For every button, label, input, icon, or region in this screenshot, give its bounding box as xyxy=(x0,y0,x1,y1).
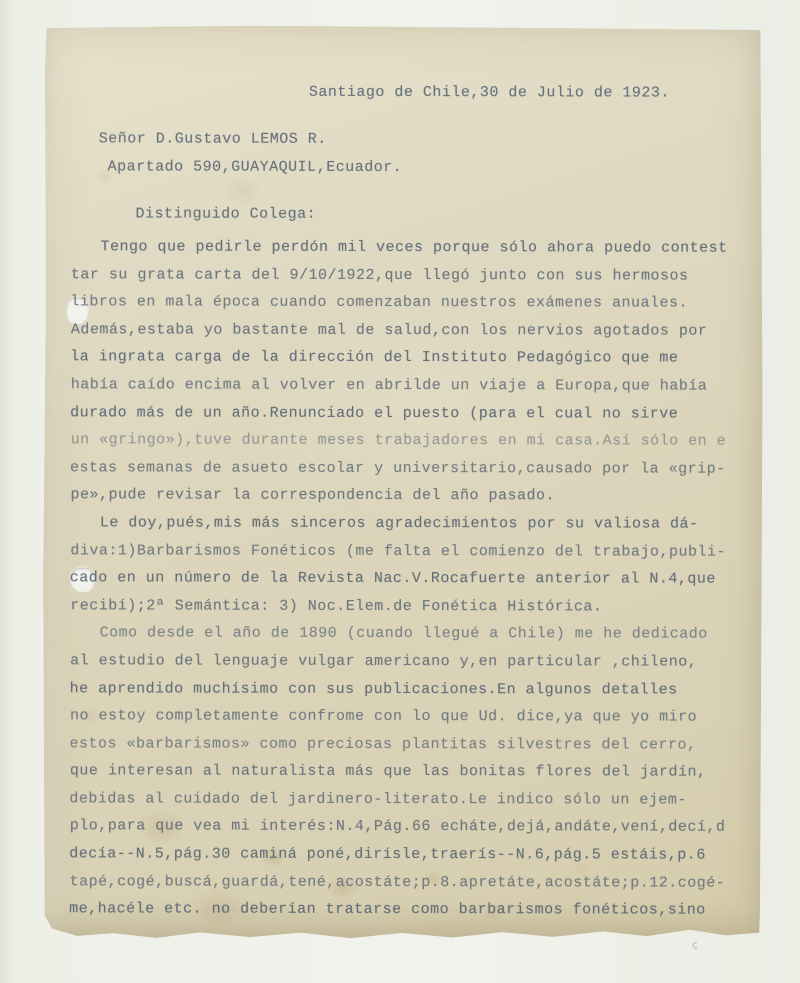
letter-line: estas semanas de asueto escolar y univer… xyxy=(70,454,762,483)
letter-line: pe»,pude revisar la correspondencia del … xyxy=(70,482,762,511)
dateline: Santiago de Chile,30 de Julio de 1923. xyxy=(309,84,670,102)
letter-line: Tengo que pedirle perdón mil veces porqu… xyxy=(70,233,762,262)
letter-line: había caído encima al volver en abrilde … xyxy=(71,371,763,400)
letter-line: he aprendido muchísimo con sus publicaci… xyxy=(70,675,762,704)
letter-line: plo,para que vea mi interés:N.4,Pág.66 e… xyxy=(70,813,762,842)
salutation: Distinguido Colega: xyxy=(136,205,317,222)
letter-line: tapé,cogé,buscá,guardá,tené,acostáte;p.8… xyxy=(70,868,762,897)
letter-line: cado en un número de la Revista Nac.V.Ro… xyxy=(70,564,762,593)
letter-line: Como desde el año de 1890 (cuando llegué… xyxy=(70,620,762,649)
letter-line: decía--N.5,pág.30 caminá poné,dirísle,tr… xyxy=(69,840,761,869)
letter-line: Además,estaba yo bastante mal de salud,c… xyxy=(71,316,763,345)
letter-line: que interesan al naturalista más que las… xyxy=(70,758,762,787)
letter-line: un «gringo»),tuve durante meses trabajad… xyxy=(71,426,763,455)
letter-page: Santiago de Chile,30 de Julio de 1923. S… xyxy=(41,25,764,943)
letter-line: tar su grata carta del 9/10/1922,que lle… xyxy=(71,261,763,290)
letter-line: libros en mala época cuando comenzaban n… xyxy=(70,288,762,317)
letter-line: me,hacéle etc. no deberían tratarse como… xyxy=(69,896,761,925)
letter-line: estos «barbarismos» como preciosas plant… xyxy=(69,730,761,759)
recipient-name: Señor D.Gustavo LEMOS R. xyxy=(99,130,327,147)
letter-line: Le doy,pués,mis más sinceros agradecimie… xyxy=(70,509,762,538)
letter-body: Tengo que pedirle perdón mil veces porqu… xyxy=(69,233,762,924)
letter-line: la ingrata carga de la dirección del Ins… xyxy=(70,344,762,373)
pencil-mark: ς xyxy=(692,940,698,951)
letter-line: diva:1)Barbarismos Fonéticos (me falta e… xyxy=(70,537,762,566)
letter-line: durado más de un año.Renunciado el puest… xyxy=(70,399,762,428)
recipient-address: Apartado 590,GUAYAQUIL,Ecuador. xyxy=(108,158,403,176)
letter-line: recibí);2ª Semántica: 3) Noc.Elem.de Fon… xyxy=(70,592,762,621)
letter-line: debidas al cuidado del jardinero-literat… xyxy=(69,785,761,814)
letter-line: no estoy completamente confrome con lo q… xyxy=(70,702,762,731)
scan-background: { "letter": { "dateline": "Santiago de C… xyxy=(0,0,800,983)
letter-line: al estudio del lenguaje vulgar americano… xyxy=(70,647,762,676)
